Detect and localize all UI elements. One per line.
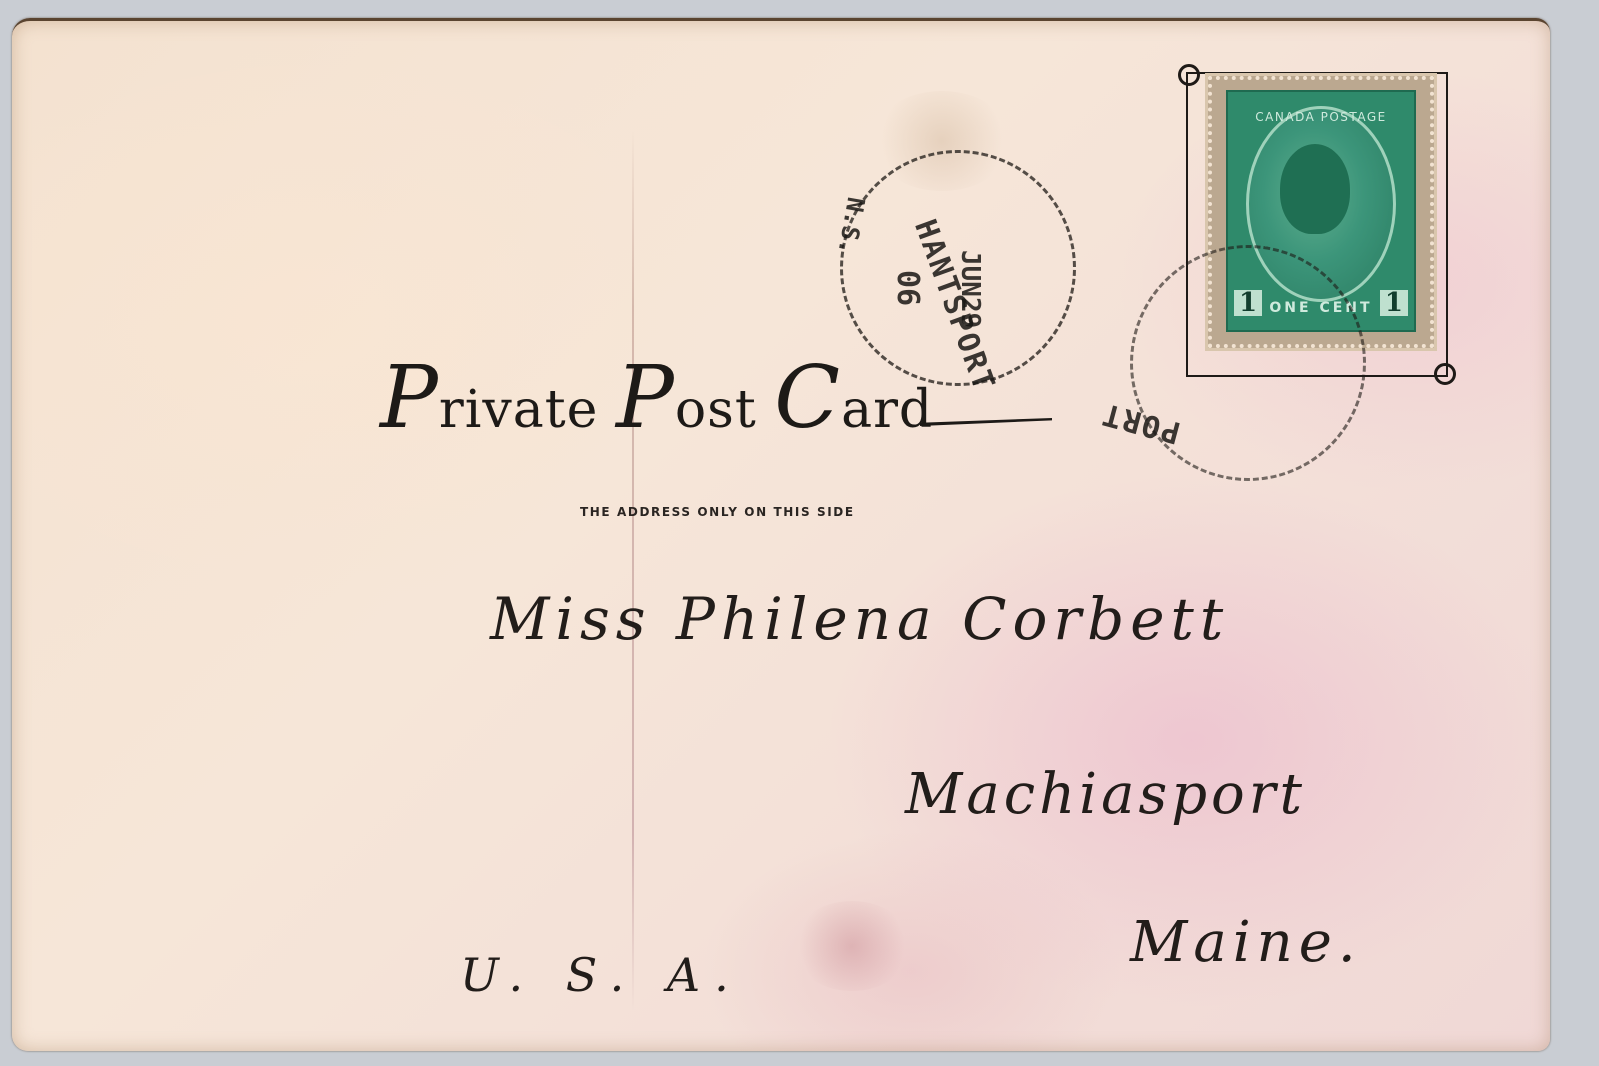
recipient-country: U. S. A. xyxy=(460,948,743,1002)
recipient-name: Miss Philena Corbett xyxy=(490,585,1229,653)
ink-stain xyxy=(792,901,912,991)
heading-word-post: ost xyxy=(675,380,757,440)
address-instruction: THE ADDRESS ONLY ON THIS SIDE xyxy=(580,505,855,519)
heading-initial-p: P xyxy=(380,348,439,448)
fold-crease xyxy=(632,131,634,1011)
heading-word-card: ard xyxy=(841,380,933,440)
postmark-year: 06 xyxy=(890,270,925,306)
stamp-denomination-right: 1 xyxy=(1380,290,1408,316)
heading-initial-p2: P xyxy=(616,348,675,448)
heading-word-private: rivate xyxy=(439,380,599,440)
postcard-heading: Private Post Card xyxy=(380,355,933,441)
king-portrait-icon xyxy=(1280,144,1350,234)
heading-initial-c: C xyxy=(774,348,841,448)
recipient-state: Maine. xyxy=(1130,910,1362,975)
stamp-country-text: CANADA POSTAGE xyxy=(1228,110,1414,124)
recipient-city: Machiasport xyxy=(905,762,1306,827)
postmark-date: JUN29 xyxy=(955,250,985,328)
